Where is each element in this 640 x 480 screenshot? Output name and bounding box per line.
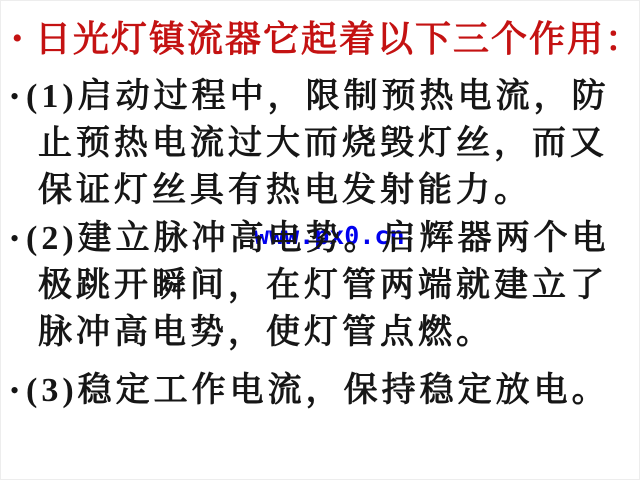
bullet-item-3: • (3)稳定工作电流，保持稳定放电。 — [1, 367, 640, 414]
title-bullet-icon: • — [12, 13, 23, 65]
item1-line2: 止预热电流过大而烧毁灯丝，而又 — [1, 120, 640, 167]
item1-line1: (1)启动过程中，限制预热电流，防 — [1, 73, 640, 120]
item2-line1: (2)建立脉冲高电势。启辉器两个电 — [1, 215, 640, 262]
item2-line2: 极跳开瞬间，在灯管两端就建立了 — [1, 262, 640, 309]
presentation-slide: • 日光灯镇流器它起着以下三个作用： • (1)启动过程中，限制预热电流，防 止… — [0, 0, 640, 480]
item3-line1: (3)稳定工作电流，保持稳定放电。 — [1, 367, 640, 414]
slide-title-line: • 日光灯镇流器它起着以下三个作用： — [1, 13, 640, 65]
item2-line3: 脉冲高电势，使灯管点燃。 — [1, 309, 640, 356]
bullet-item-2: • (2)建立脉冲高电势。启辉器两个电 极跳开瞬间，在灯管两端就建立了 脉冲高电… — [1, 215, 640, 356]
item1-line3: 保证灯丝具有热电发射能力。 — [1, 167, 640, 214]
slide-title: 日光灯镇流器它起着以下三个作用： — [1, 13, 640, 65]
bullet-item-1: • (1)启动过程中，限制预热电流，防 止预热电流过大而烧毁灯丝，而又 保证灯丝… — [1, 73, 640, 214]
